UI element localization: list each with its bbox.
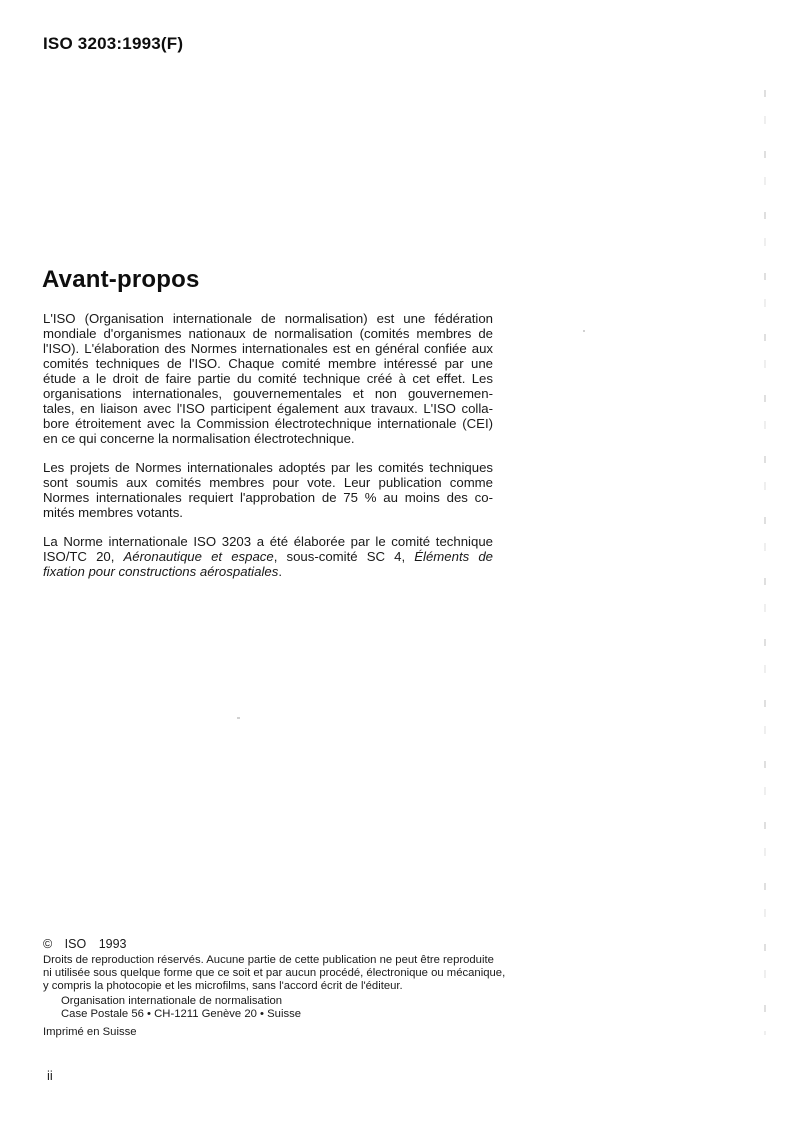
paragraph: La Norme internationale ISO 3203 a été é… [43,534,493,579]
copyright-line: © ISO 1993 [43,938,523,951]
text-line: bore étroitement avec la Commission élec… [43,416,493,431]
text-line: Les projets de Normes internationales ad… [43,460,493,475]
rights-notice: Droits de reproduction réservés. Aucune … [43,954,523,993]
printed-in-notice: Imprimé en Suisse [43,1026,523,1039]
text-line: fixation pour constructions aérospatiale… [43,564,493,579]
text-line: Case Postale 56 • CH-1211 Genève 20 • Su… [61,1008,523,1021]
text-line: La Norme internationale ISO 3203 a été é… [43,534,493,549]
publisher-address: Organisation internationale de normalisa… [61,995,523,1021]
text-line: en ce qui concerne la normalisation élec… [43,431,493,446]
page-title: Avant-propos [42,266,200,294]
text-line: l'ISO). L'élaboration des Normes interna… [43,341,493,356]
text-line: ISO/TC 20, Aéronautique et espace, sous-… [43,549,493,564]
text-line: Organisation internationale de normalisa… [61,995,523,1008]
text-line: étude a le droit de faire partie du comi… [43,371,493,386]
text-line: mondiale d'organismes nationaux de norma… [43,326,493,341]
text-line: sont soumis aux comités membres pour vot… [43,475,493,490]
text-line: L'ISO (Organisation internationale de no… [43,311,493,326]
scan-speck [583,330,585,332]
text-line: y compris la photocopie et les microfilm… [43,980,523,993]
text-line: Normes internationales requiert l'approb… [43,490,493,505]
text-line: mités membres votants. [43,505,493,520]
paragraph: L'ISO (Organisation internationale de no… [43,311,493,446]
text-line: ni utilisée sous quelque forme que ce so… [43,967,523,980]
text-line: comités techniques de l'ISO. Chaque comi… [43,356,493,371]
paragraph: Les projets de Normes internationales ad… [43,460,493,520]
text-line: Droits de reproduction réservés. Aucune … [43,954,523,967]
document-page: ISO 3203:1993(F) Avant-propos L'ISO (Org… [0,0,793,1121]
document-reference: ISO 3203:1993(F) [43,34,183,54]
page-number: ii [47,1068,53,1083]
foreword-paragraphs: L'ISO (Organisation internationale de no… [43,311,493,593]
scan-speck [237,717,240,719]
text-line: tales, en liaison avec l'ISO participent… [43,401,493,416]
copyright-block: © ISO 1993 Droits de reproduction réserv… [43,938,523,1039]
text-line: organisations internationales, gouvernem… [43,386,493,401]
scan-artifact-line [764,90,766,1035]
